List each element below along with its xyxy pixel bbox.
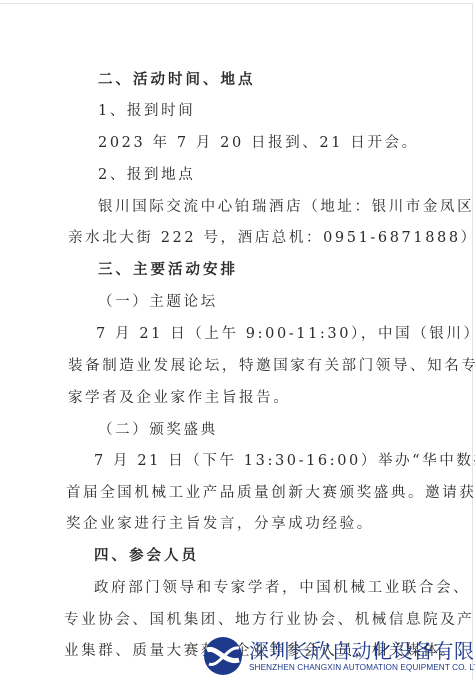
company-name-cn: 深圳长欣自动化设备有限公司: [249, 640, 475, 662]
section-3-part2-line-2: 首届全国机械工业产品质量创新大赛颁奖盛典。邀请获: [66, 483, 475, 503]
section-3-part2-line-3: 奖企业家进行主旨发言，分享成功经验。: [66, 514, 374, 534]
section-3-part1-line-3: 家学者及企业家作主旨报告。: [68, 388, 290, 408]
section-2-sub2-text-2: 亲水北大街 222 号，酒店总机：0951-6871888）: [68, 228, 475, 248]
section-3-part1-line-1: 7 月 21 日（上午 9:00-11:30），中国（银川）高端: [96, 324, 475, 344]
section-3-heading: 三、主要活动安排: [98, 260, 238, 280]
section-3-part1-title: （一）主题论坛: [98, 292, 218, 312]
company-name-en: SHENZHEN CHANGXIN AUTOMATION EQUIPMENT C…: [249, 662, 475, 673]
section-2-sub2-text-1: 银川国际交流中心铂瑞酒店（地址：银川市金凤区: [98, 197, 474, 217]
section-2-heading: 二、活动时间、地点: [98, 70, 256, 90]
company-logo-icon: [203, 636, 243, 676]
document-page: 二、活动时间、地点 1、报到时间 2023 年 7 月 20 日报到、21 日开…: [0, 3, 473, 680]
section-3-part2-title: （二）颁奖盛典: [98, 420, 218, 440]
section-4-heading: 四、参会人员: [94, 546, 199, 566]
company-watermark: 深圳长欣自动化设备有限公司 SHENZHEN CHANGXIN AUTOMATI…: [203, 636, 475, 676]
section-2-sub1-text: 2023 年 7 月 20 日报到、21 日开会。: [98, 133, 419, 153]
section-4-line-1: 政府部门领导和专家学者，中国机械工业联合会、: [94, 578, 470, 598]
section-3-part1-line-2: 装备制造业发展论坛，特邀国家有关部门领导、知名专: [68, 356, 475, 376]
section-4-line-2: 专业协会、国机集团、地方行业协会、机械信息院及产: [64, 610, 474, 630]
section-3-part2-line-1: 7 月 21 日（下午 13:30-16:00）举办“华中数控杯”: [94, 451, 475, 471]
section-2-sub2-title: 2、报到地点: [98, 165, 195, 185]
section-2-sub1-title: 1、报到时间: [98, 101, 195, 121]
